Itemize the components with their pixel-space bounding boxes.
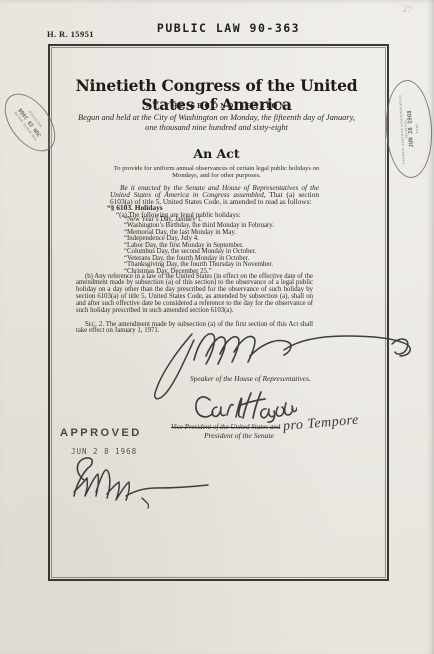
act-heading: An Act — [48, 146, 385, 161]
act-purpose-line-1: To provide for uniform annual observance… — [48, 165, 385, 172]
subsection-b-paragraph: (b) Any reference in a law of the United… — [76, 274, 313, 315]
gsa-stamp-agency: NARS — [414, 124, 419, 134]
convening-statement: Begun and held at the City of Washington… — [48, 113, 385, 133]
act-purpose: To provide for uniform annual observance… — [48, 165, 385, 180]
public-law-number-stamp: PUBLIC LAW 90-363 — [60, 21, 397, 35]
speaker-caption: Speaker of the House of Representatives. — [190, 374, 311, 383]
session-line: AT THE SECOND SESSION — [48, 101, 385, 110]
act-purpose-line-2: Mondays, and for other purposes. — [48, 172, 385, 179]
approved-date-stamp: JUN 2 8 1968 — [71, 447, 137, 456]
gsa-received-stamp: GENERAL SERVICES ADMINISTRATION RECEIVED… — [383, 79, 434, 179]
holiday-list: “New Year’s Day, January 1.“Washington’s… — [124, 217, 324, 275]
section-2-paragraph: Sec. 2. The amendment made by subsection… — [76, 322, 313, 336]
approved-stamp: APPROVED — [60, 427, 142, 439]
vice-president-caption-struck: Vice President of the United States and — [171, 423, 280, 431]
scanned-slip-law-page: H. R. 15951 PUBLIC LAW 90-363 27 Ninetie… — [0, 0, 434, 654]
convening-line-1: Begun and held at the City of Washington… — [48, 113, 385, 123]
president-of-senate-caption: President of the Senate — [204, 431, 274, 440]
pencil-annotation: 27 — [402, 3, 413, 14]
convening-line-2: one thousand nine hundred and sixty-eigh… — [48, 123, 385, 133]
section-2-text: The amendment made by subsection (a) of … — [76, 321, 313, 335]
